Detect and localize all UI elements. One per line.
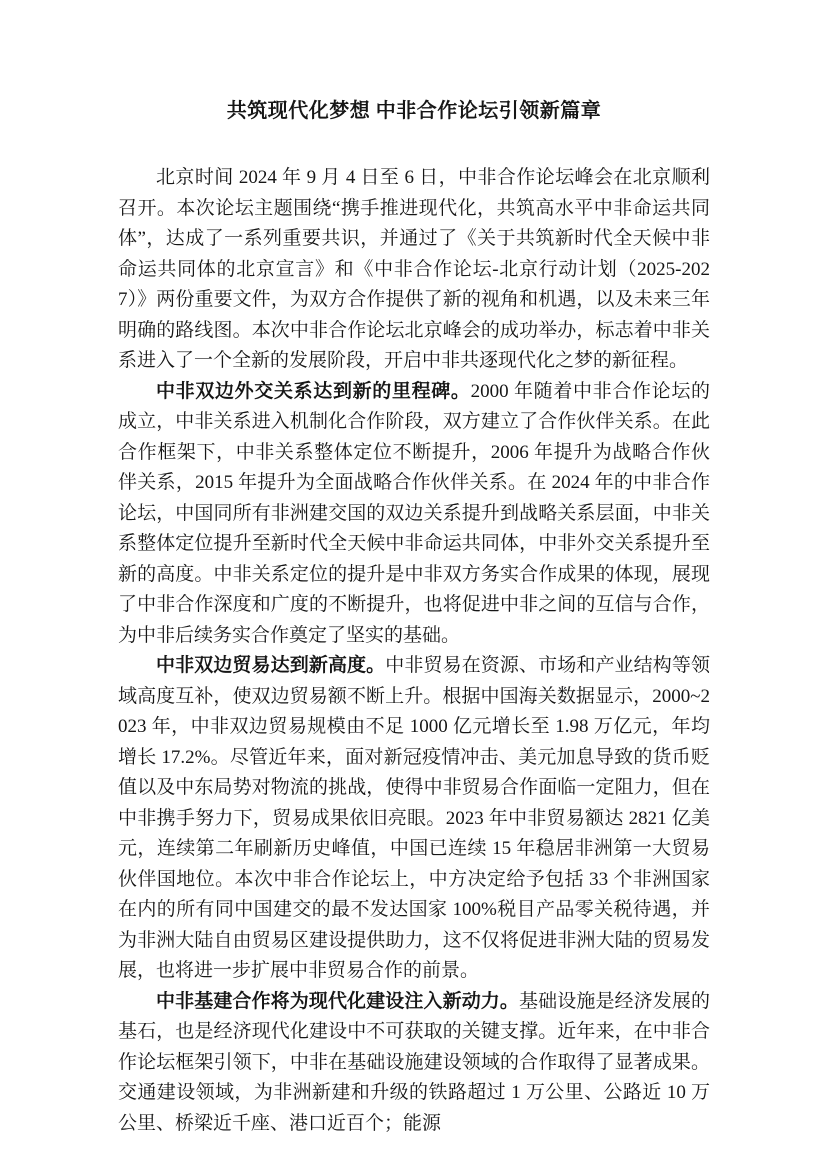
paragraph-diplomacy-lead: 中非双边外交关系达到新的里程碑。 <box>156 381 471 402</box>
paragraph-intro: 北京时间 2024 年 9 月 4 日至 6 日，中非合作论坛峰会在北京顺利召开… <box>118 163 710 377</box>
paragraph-trade: 中非双边贸易达到新高度。中非贸易在资源、市场和产业结构等领域高度互补，使双边贸易… <box>118 651 710 987</box>
paragraph-infrastructure: 中非基建合作将为现代化建设注入新动力。基础设施是经济发展的基石，也是经济现代化建… <box>118 987 710 1140</box>
paragraph-infrastructure-lead: 中非基建合作将为现代化建设注入新动力。 <box>156 991 519 1012</box>
paragraph-diplomacy-text: 2000 年随着中非合作论坛的成立，中非关系进入机制化合作阶段，双方建立了合作伙… <box>118 381 710 646</box>
document-page: 共筑现代化梦想 中非合作论坛引领新篇章 北京时间 2024 年 9 月 4 日至… <box>0 0 826 1169</box>
paragraph-trade-text: 中非贸易在资源、市场和产业结构等领域高度互补，使双边贸易额不断上升。根据中国海关… <box>118 655 710 981</box>
document-title: 共筑现代化梦想 中非合作论坛引领新篇章 <box>118 96 710 126</box>
paragraph-diplomacy: 中非双边外交关系达到新的里程碑。2000 年随着中非合作论坛的成立，中非关系进入… <box>118 377 710 652</box>
paragraph-intro-text: 北京时间 2024 年 9 月 4 日至 6 日，中非合作论坛峰会在北京顺利召开… <box>118 167 710 371</box>
paragraph-trade-lead: 中非双边贸易达到新高度。 <box>156 655 385 676</box>
